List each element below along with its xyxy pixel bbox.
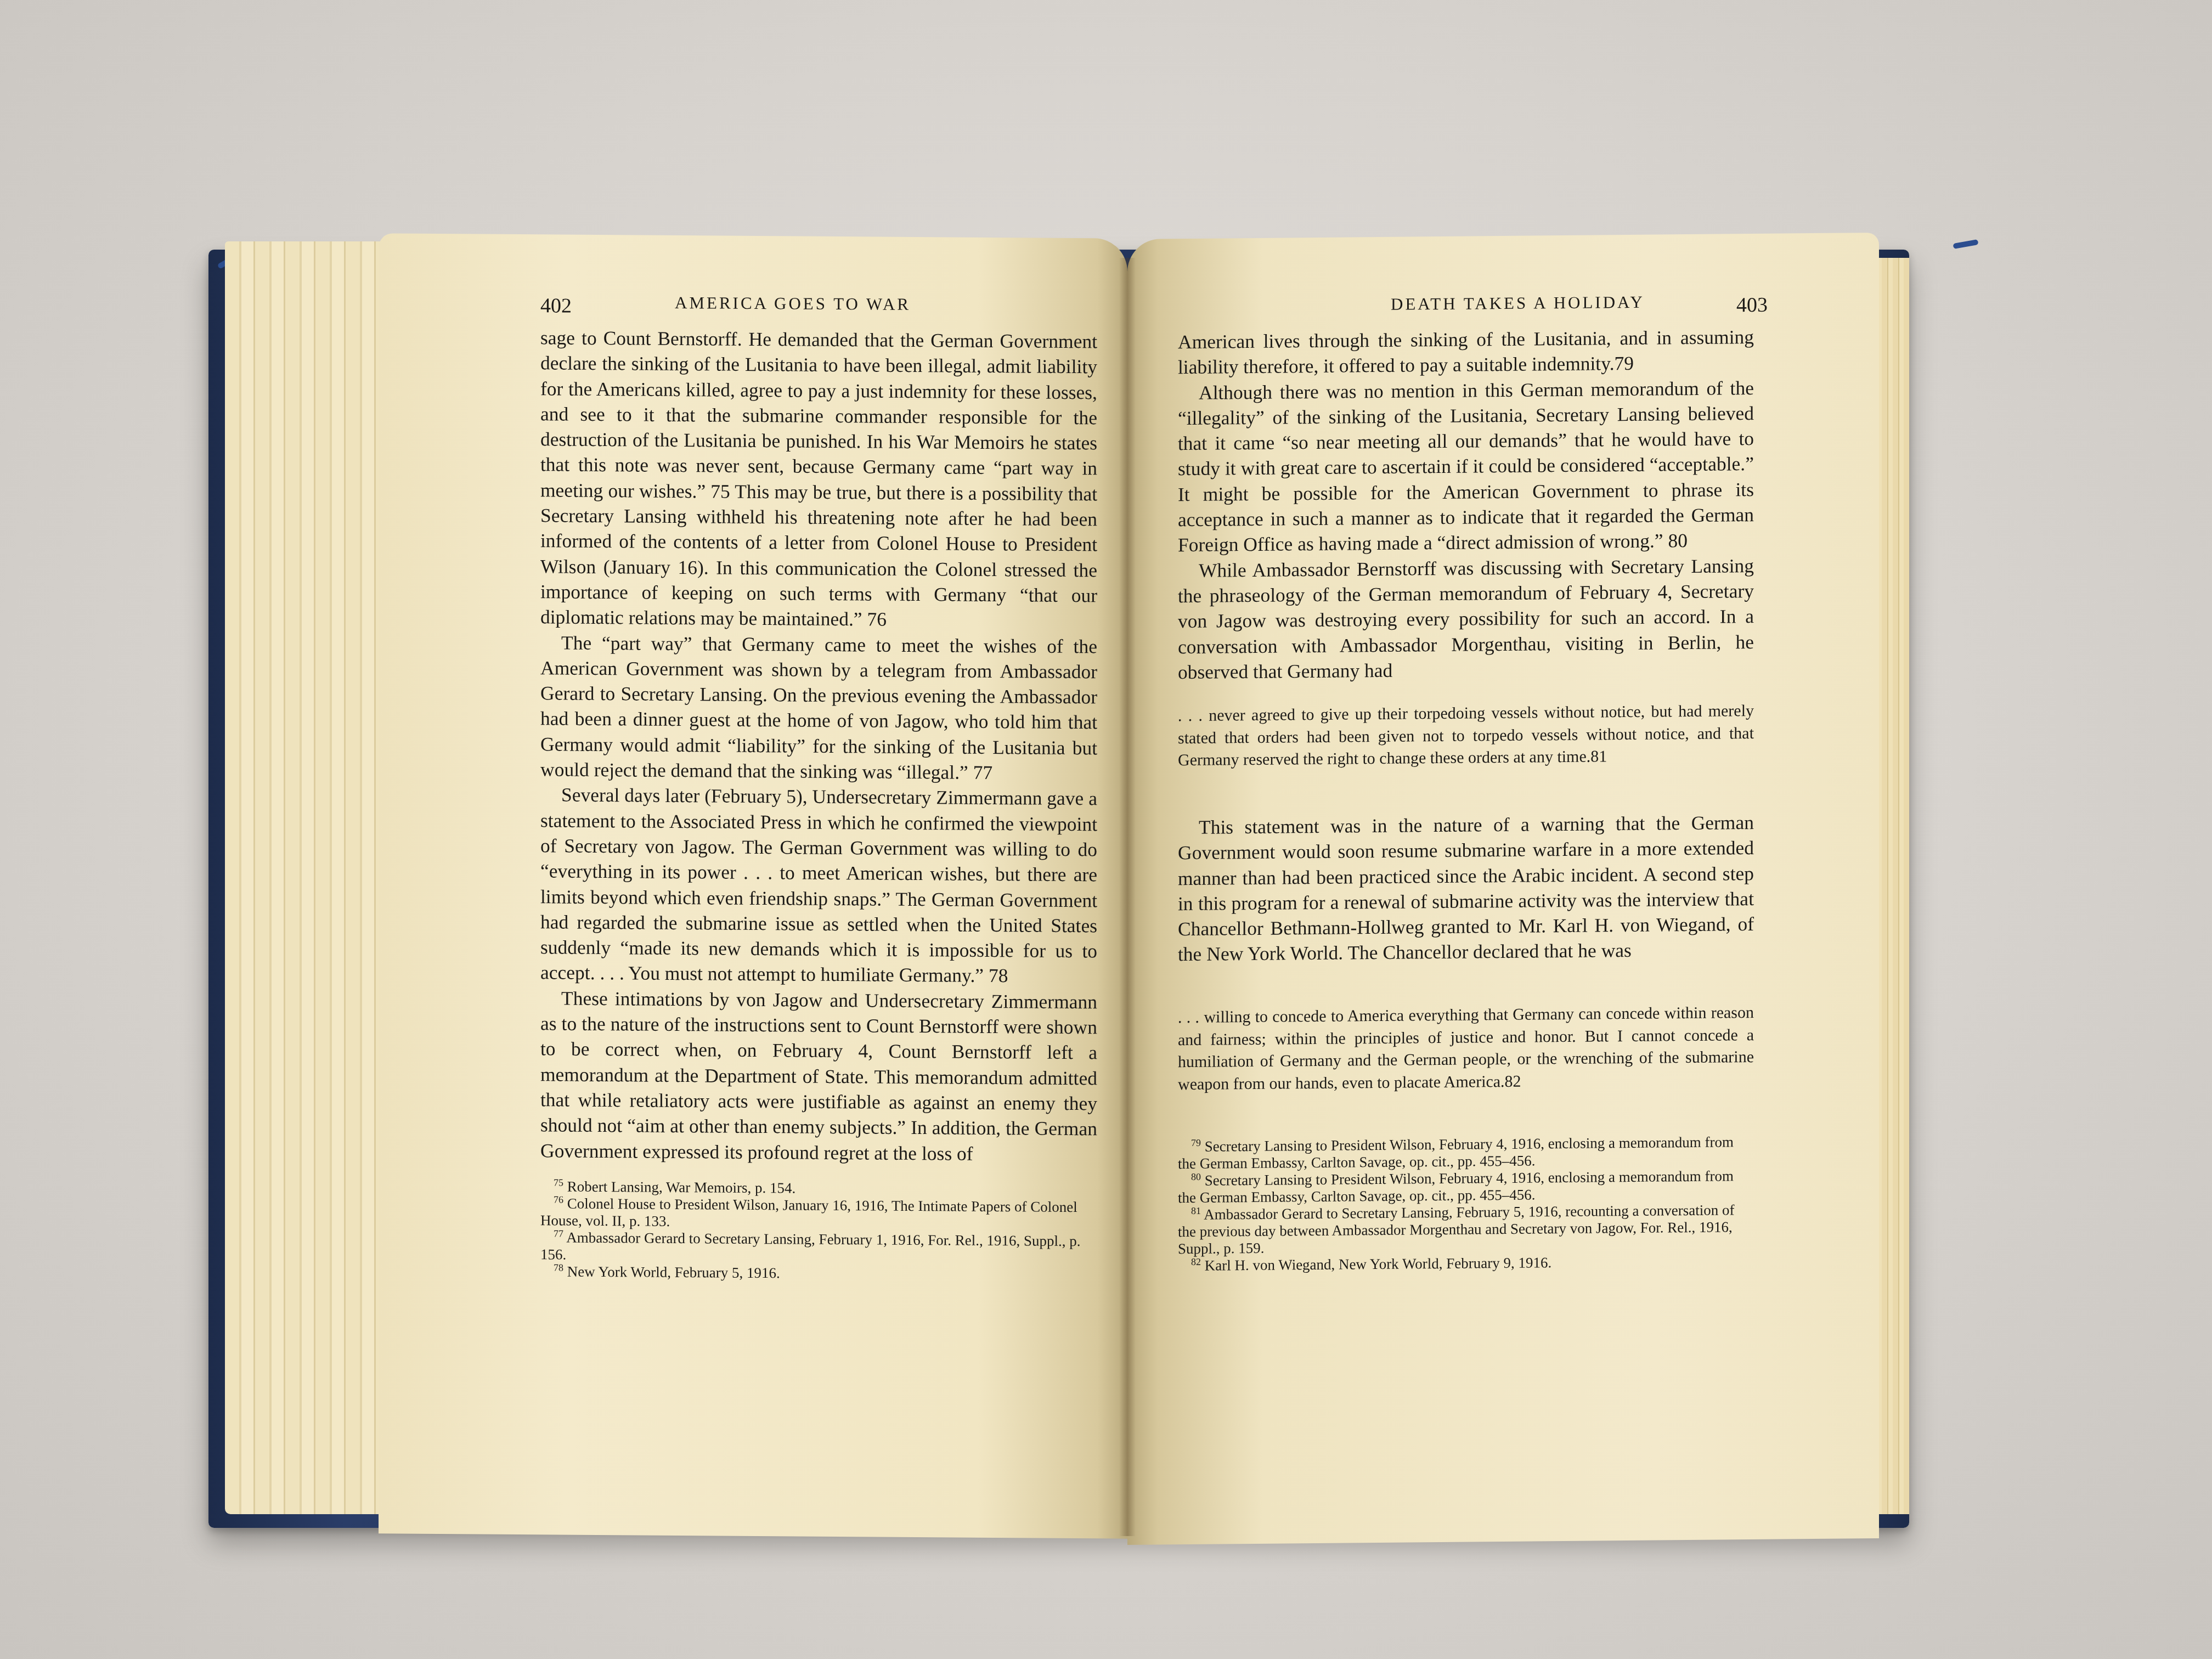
paragraph: Several days later (February 5), Underse…: [540, 782, 1097, 989]
paragraph: While Ambassador Bernstorff was discussi…: [1178, 553, 1754, 685]
footnote: 76 Colonel House to President Wilson, Ja…: [540, 1195, 1097, 1233]
footnote: 79 Secretary Lansing to President Wilson…: [1178, 1133, 1754, 1172]
paragraph: sage to Count Bernstorff. He demanded th…: [540, 325, 1097, 634]
paragraph: Although there was no mention in this Ge…: [1178, 375, 1754, 558]
left-page[interactable]: 402 AMERICA GOES TO WAR sage to Count Be…: [379, 233, 1127, 1539]
footnotes: 75 Robert Lansing, War Memoirs, p. 154. …: [540, 1178, 1097, 1284]
footnote: 77 Ambassador Gerard to Secretary Lansin…: [540, 1229, 1097, 1267]
footnote: 81 Ambassador Gerard to Secretary Lansin…: [1178, 1201, 1754, 1257]
right-page[interactable]: DEATH TAKES A HOLIDAY 403 American lives…: [1127, 233, 1879, 1545]
footnote: 78 New York World, February 5, 1916.: [540, 1263, 1097, 1284]
footnote: 80 Secretary Lansing to President Wilson…: [1178, 1167, 1754, 1206]
paragraph: This statement was in the nature of a wa…: [1178, 810, 1754, 967]
body-text: American lives through the sinking of th…: [1178, 324, 1754, 685]
page-number: 402: [540, 294, 572, 318]
frayed-thread: [1953, 239, 1978, 249]
book-gutter: [1119, 258, 1136, 1536]
page-number: 403: [1736, 293, 1768, 317]
running-head: AMERICA GOES TO WAR: [675, 293, 911, 314]
block-quote: . . . willing to concede to America ever…: [1178, 1002, 1754, 1096]
running-head: DEATH TAKES A HOLIDAY: [1391, 292, 1645, 314]
paragraph: These intimations by von Jagow and Under…: [540, 985, 1097, 1167]
body-text: This statement was in the nature of a wa…: [1178, 810, 1754, 967]
paragraph: The “part way” that Germany came to meet…: [540, 630, 1097, 786]
footnotes: 79 Secretary Lansing to President Wilson…: [1178, 1133, 1754, 1274]
body-text: sage to Count Bernstorff. He demanded th…: [540, 325, 1097, 1167]
paragraph: American lives through the sinking of th…: [1178, 324, 1754, 380]
block-quote: . . . never agreed to give up their torp…: [1178, 700, 1754, 772]
